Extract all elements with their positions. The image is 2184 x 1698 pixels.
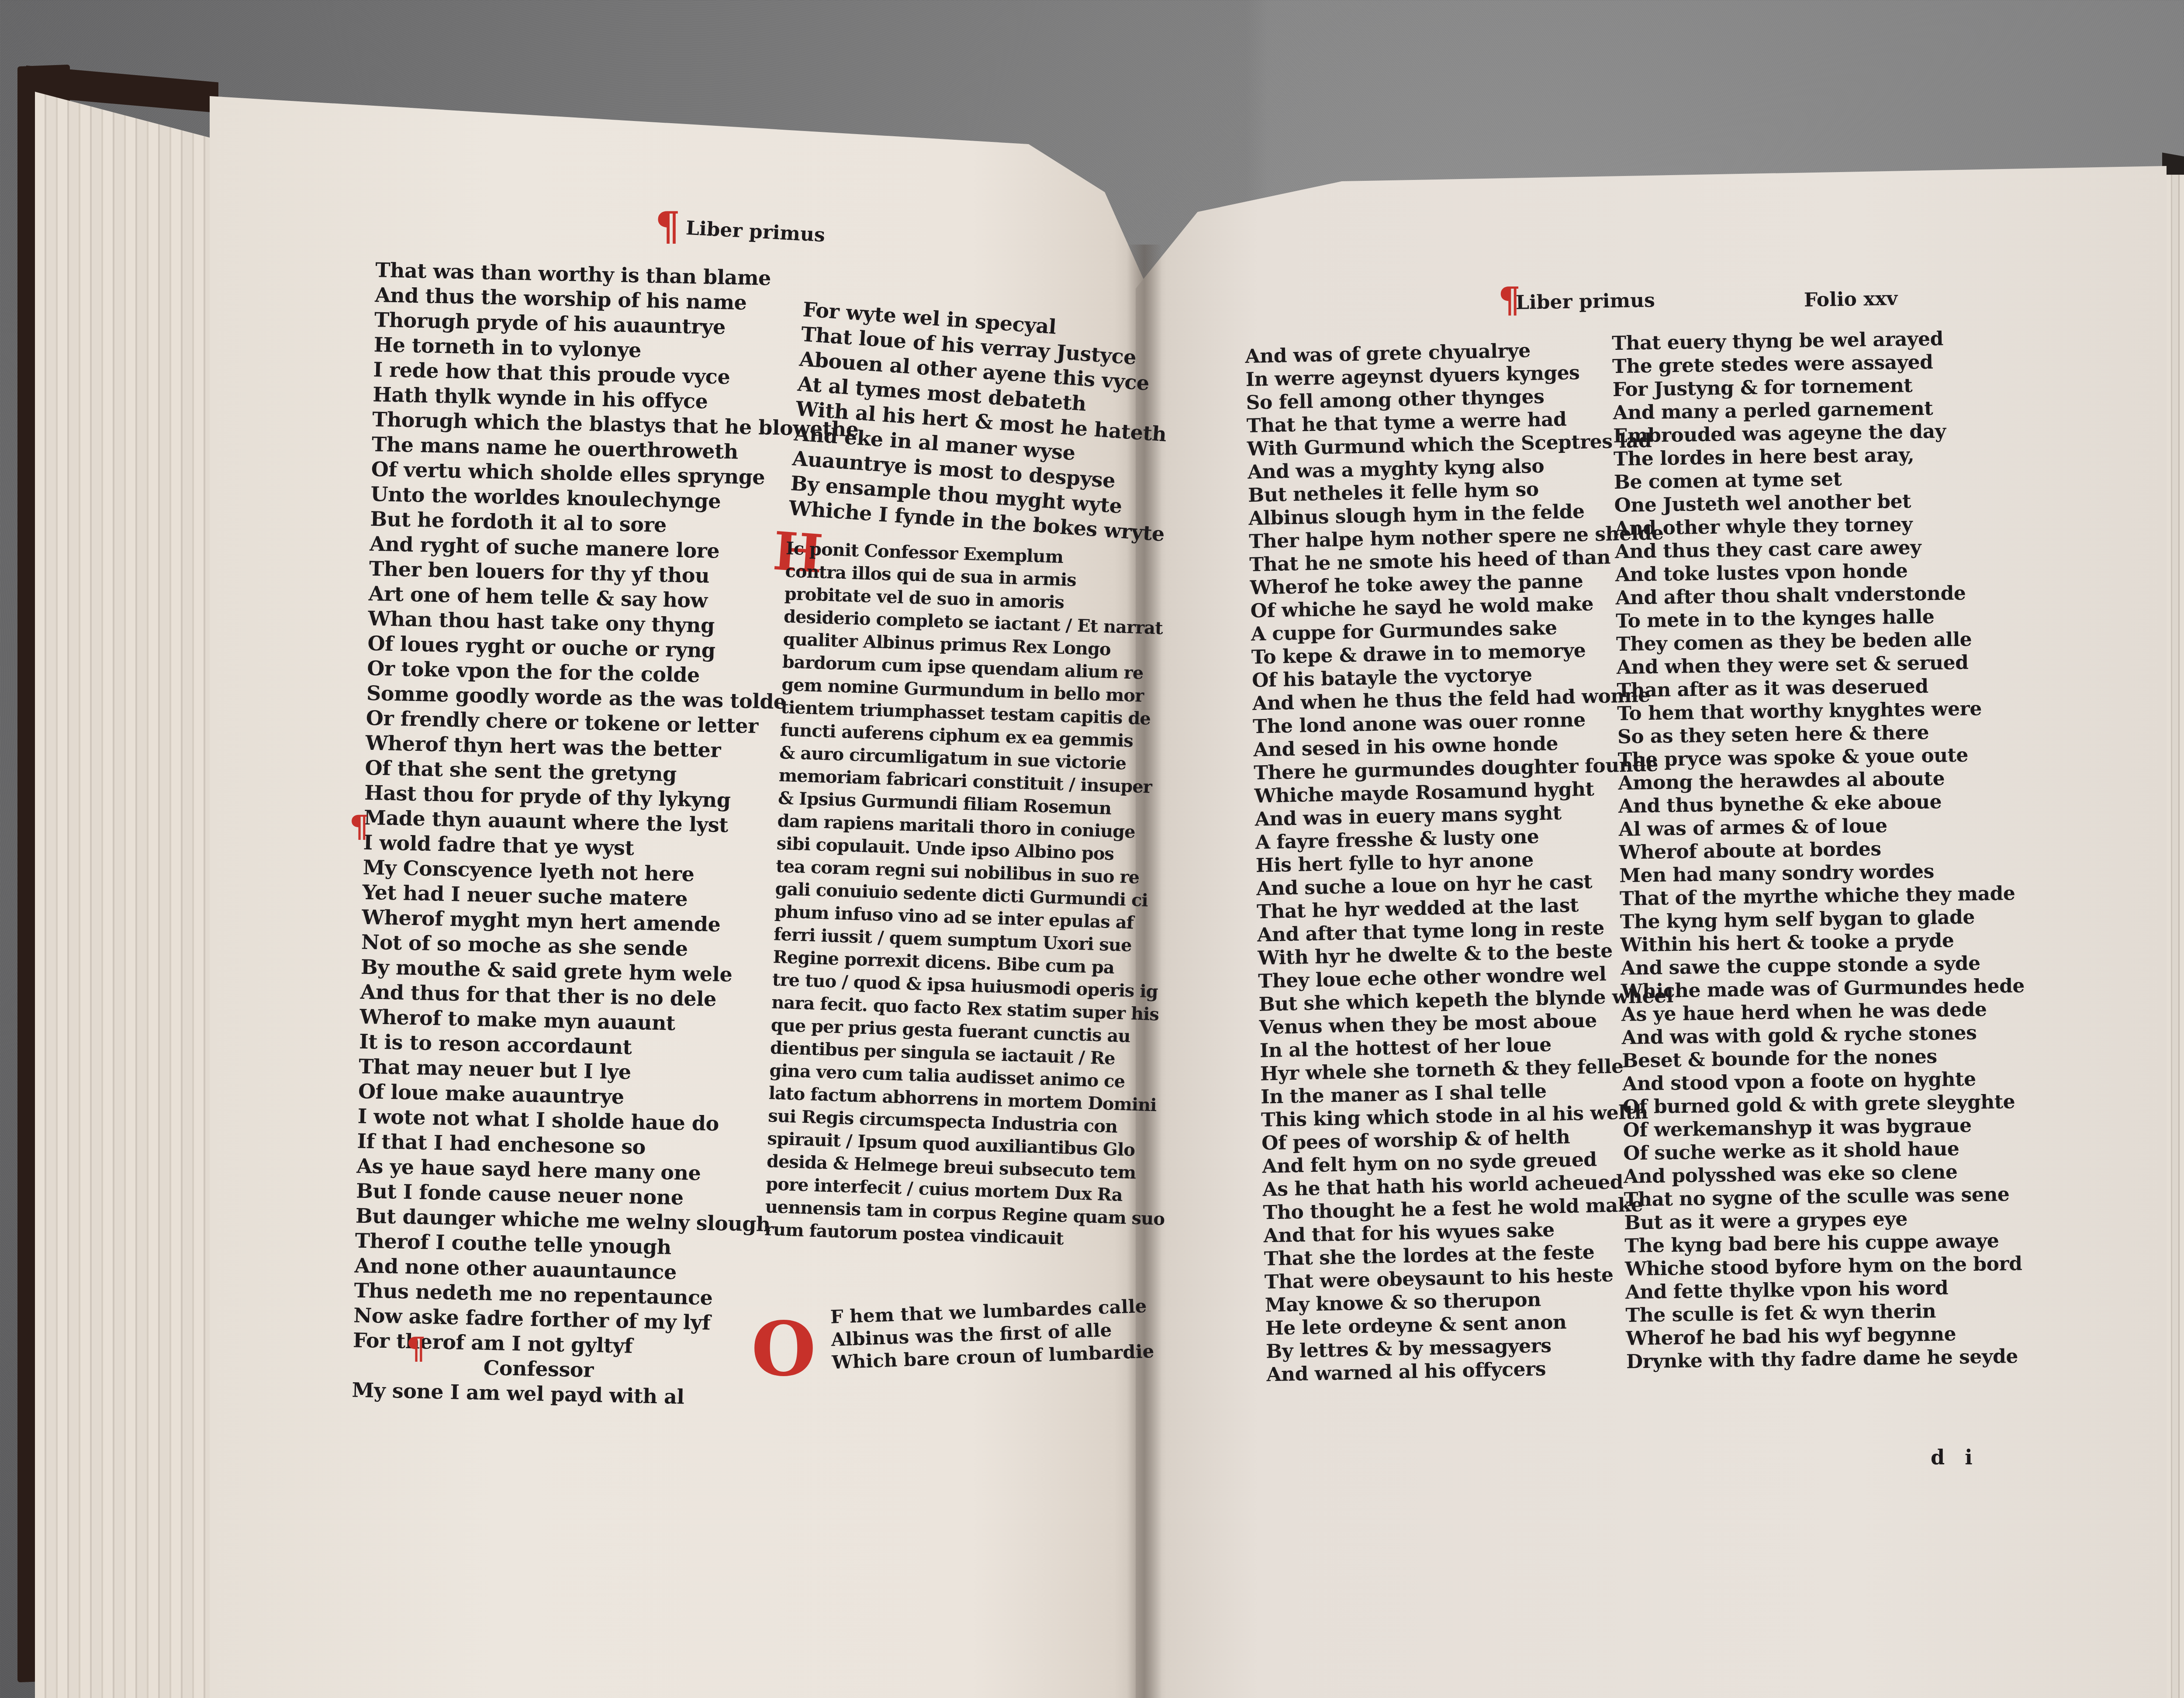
page-edges-left xyxy=(35,92,218,1698)
rubricated-initial-o: O xyxy=(751,1306,816,1393)
signature-mark: d i xyxy=(1931,1446,1973,1469)
running-head-right: Liber primus xyxy=(1516,289,1655,314)
right-page-verse-column-b: That euery thyng be wel arayedThe grete … xyxy=(1612,326,2030,1374)
latin-gloss-block: Ic ponit Confessor Exemplumcontra illos … xyxy=(764,537,1185,1253)
folio-number: Folio xxv xyxy=(1804,287,1898,311)
left-page-verse-column-b: For wyte wel in specyalThat loue of his … xyxy=(788,297,1179,547)
pilcrow-icon: ¶ xyxy=(406,1330,426,1366)
pilcrow-icon: ¶ xyxy=(655,203,680,249)
pilcrow-icon: ¶ xyxy=(349,808,369,844)
closing-paragraph: F hem that we lumbardes calleAlbinus was… xyxy=(830,1294,1154,1374)
